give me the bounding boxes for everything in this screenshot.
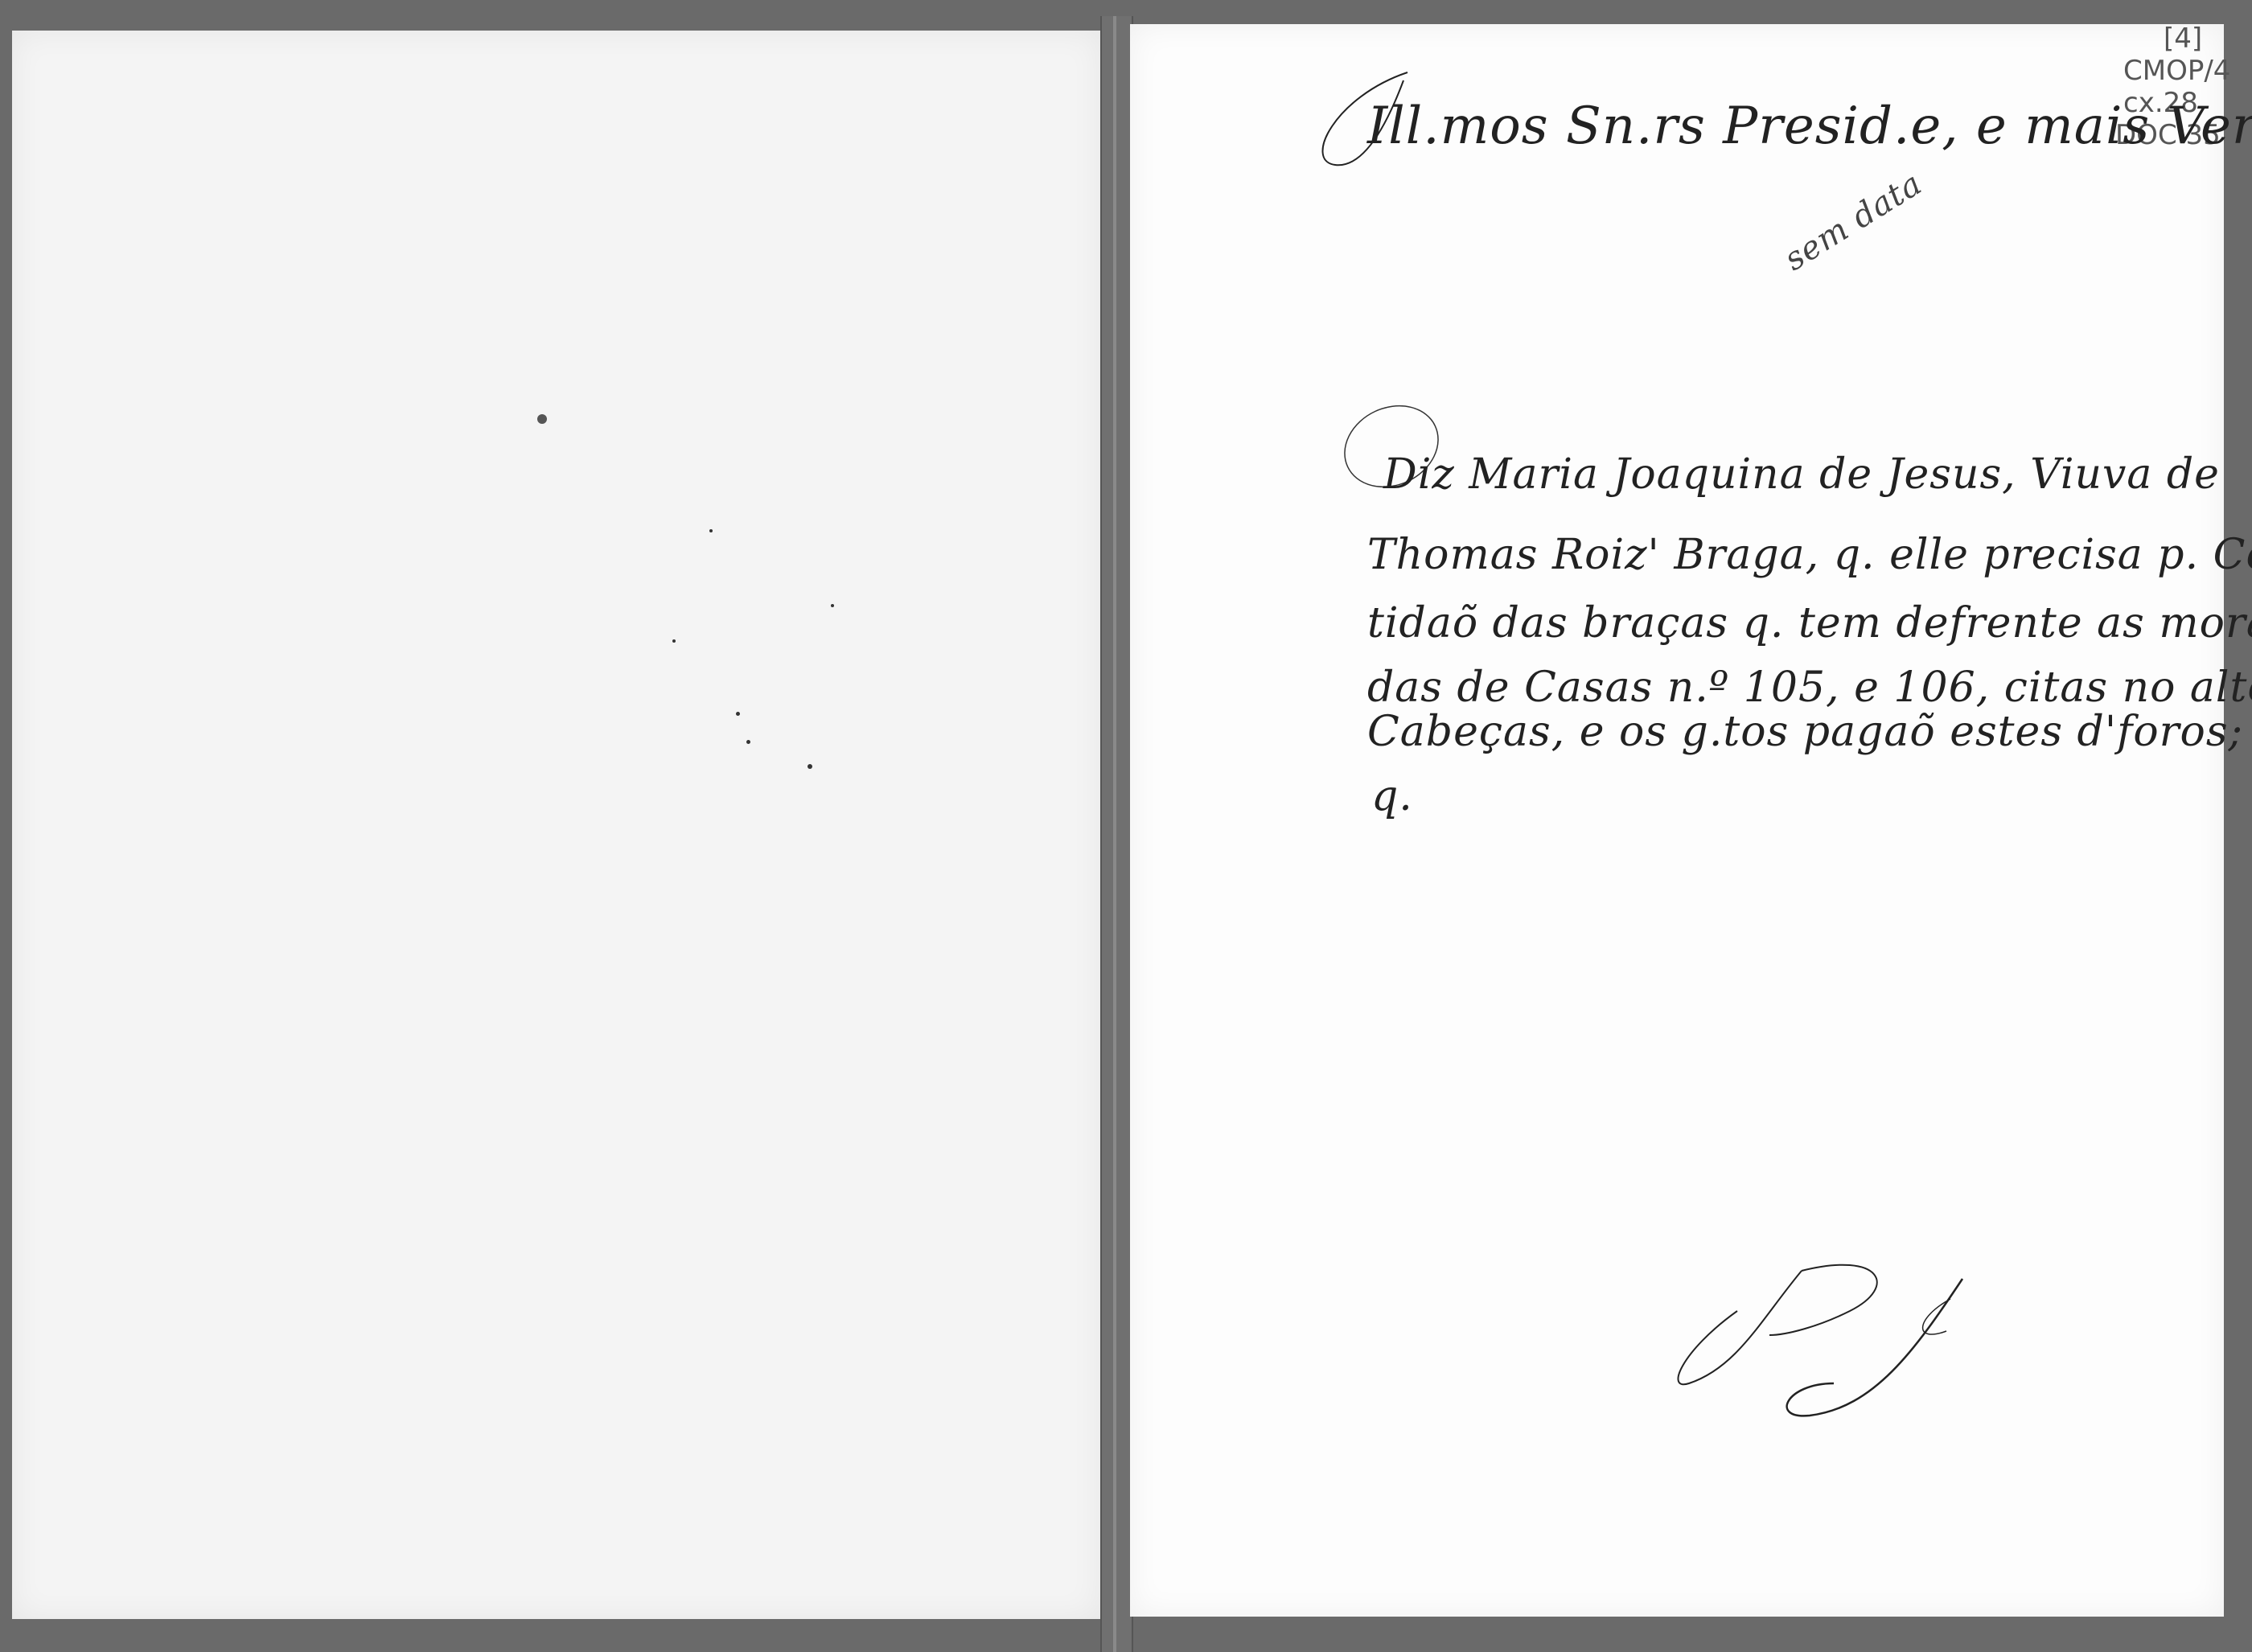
paper-speck <box>746 740 750 744</box>
collection-code: CMOP/4 <box>2115 55 2230 87</box>
paper-speck <box>709 529 713 532</box>
paper-speck <box>736 712 740 716</box>
paper-speck <box>537 414 547 424</box>
folio-number: [4] <box>2115 23 2230 55</box>
salutation-text: Ill.mos Sn.rs Presid.e, e mais Vereadore… <box>1367 97 2252 156</box>
left-page-blank <box>12 31 1100 1619</box>
body-line-4: das de Casas n.º 105, e 106, citas no al… <box>1367 664 2252 712</box>
paper-speck <box>672 639 676 643</box>
book-binding-gutter <box>1100 16 1133 1652</box>
body-line-5: Cabeças, e os g.tos pagaõ estes d'foros;… <box>1367 708 2252 756</box>
body-line-3: tidaõ das braças q. tem defrente as mora <box>1367 599 2252 647</box>
body-line-6: q. <box>1371 772 1413 820</box>
body-line-2: Thomas Roiz' Braga, q. elle precisa p. C… <box>1367 531 2252 579</box>
paper-speck <box>831 604 834 607</box>
paper-speck <box>808 764 812 769</box>
body-line-1: Diz Maria Joaquina de Jesus, Viuva de <box>1383 450 2220 499</box>
